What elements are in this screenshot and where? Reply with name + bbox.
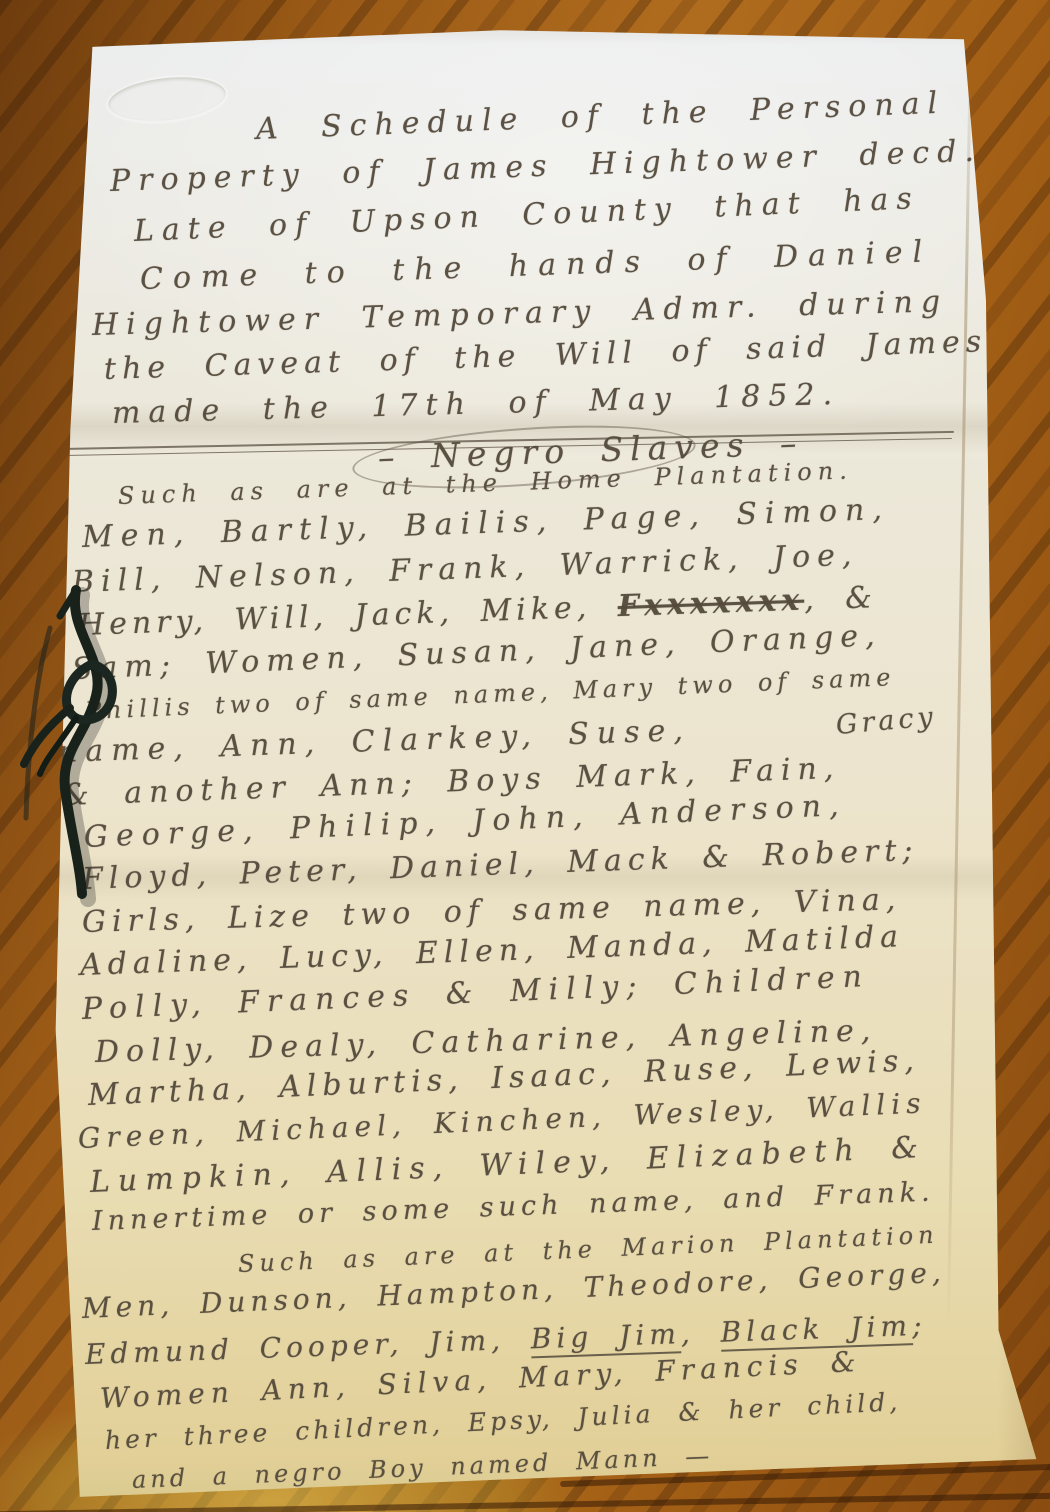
raised-name: Gracy: [835, 701, 938, 741]
paper-sheet: A Schedule of the Personal Property of J…: [0, 0, 1050, 1512]
underlined-name: Black Jim: [720, 1309, 913, 1352]
line-segment: , &: [804, 580, 878, 618]
table-plank-gap: [0, 1493, 1050, 1512]
manuscript-line: made the 17th of May 1852.: [112, 377, 841, 431]
underlined-name: Big Jim: [530, 1317, 681, 1358]
binding-ribbon: [6, 568, 156, 908]
fold-crease: [947, 30, 973, 1330]
line-segment: ;: [911, 1309, 927, 1342]
embossed-seal: [104, 70, 230, 129]
struck-out-name: Fxxxxxxx: [617, 583, 805, 624]
photo-of-document: A Schedule of the Personal Property of J…: [0, 0, 1050, 1512]
manuscript-line: and a negro Boy named Mann —: [131, 1442, 713, 1494]
line-segment: ,: [680, 1316, 721, 1350]
